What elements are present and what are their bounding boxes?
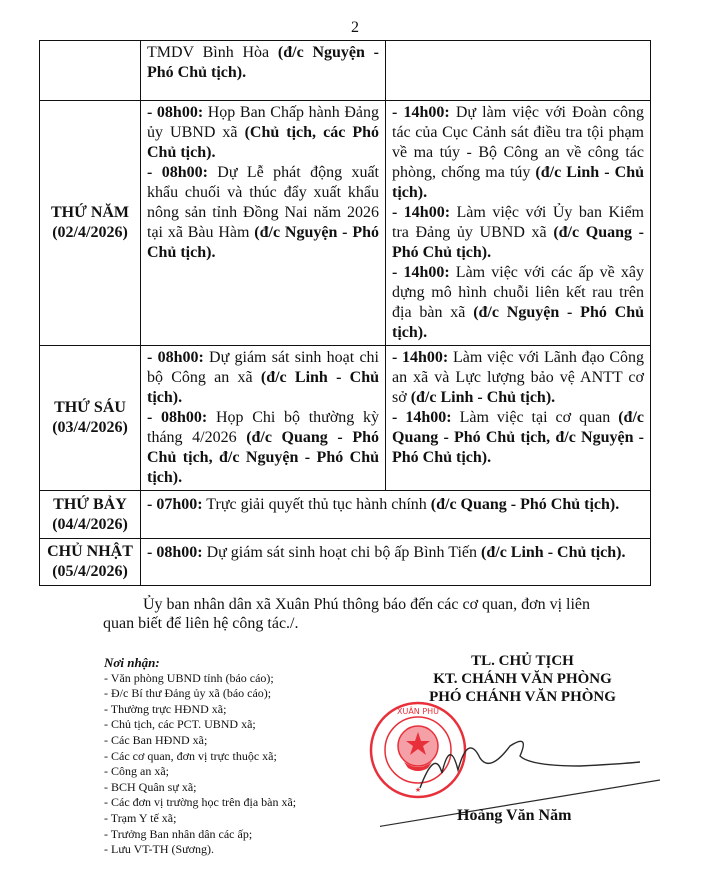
schedule-entry: - 14h00: Làm việc với Ủy ban Kiểm tra Đả… — [392, 203, 644, 263]
table-row: THỨ BẢY(04/4/2026)- 07h00: Trực giải quy… — [40, 491, 651, 539]
table-row: THỨ NĂM(02/4/2026)- 08h00: Họp Ban Chấp … — [40, 101, 651, 346]
recipient-item: - Trưởng Ban nhân dân các ấp; — [104, 827, 296, 843]
morning-cell: TMDV Bình Hòa (đ/c Nguyện - Phó Chủ tịch… — [141, 41, 386, 101]
morning-cell: - 08h00: Dự giám sát sinh hoạt chi bộ Cô… — [141, 346, 386, 491]
schedule-entry: - 14h00: Dự làm việc với Đoàn công tác c… — [392, 103, 644, 203]
signature-block: TL. CHỦ TỊCH KT. CHÁNH VĂN PHÒNG PHÓ CHÁ… — [395, 652, 650, 706]
table-row: TMDV Bình Hòa (đ/c Nguyện - Phó Chủ tịch… — [40, 41, 651, 101]
schedule-entry: - 08h00: Họp Ban Chấp hành Đảng ủy UBND … — [147, 103, 379, 163]
recipient-item: - Văn phòng UBND tỉnh (báo cáo); — [104, 671, 296, 687]
morning-cell: - 08h00: Họp Ban Chấp hành Đảng ủy UBND … — [141, 101, 386, 346]
signer-name: Hoàng Văn Năm — [457, 807, 571, 825]
afternoon-cell — [386, 41, 651, 101]
recipient-item: - BCH Quân sự xã; — [104, 780, 296, 796]
day-cell: CHỦ NHẬT(05/4/2026) — [40, 539, 141, 586]
day-cell: THỨ SÁU(03/4/2026) — [40, 346, 141, 491]
full-day-cell: - 07h00: Trực giải quyết thủ tục hành ch… — [141, 491, 651, 539]
sign-title-3: PHÓ CHÁNH VĂN PHÒNG — [395, 688, 650, 706]
afternoon-cell: - 14h00: Làm việc với Lãnh đạo Công an x… — [386, 346, 651, 491]
schedule-entry: - 08h00: Dự Lễ phát động xuất khẩu chuối… — [147, 163, 379, 263]
schedule-entry: - 08h00: Dự giám sát sinh hoạt chi bộ ấp… — [147, 543, 644, 563]
recipient-item: - Các cơ quan, đơn vị trực thuộc xã; — [104, 749, 296, 765]
recipient-item: - Chủ tịch, các PCT. UBND xã; — [104, 717, 296, 733]
schedule-entry: - 07h00: Trực giải quyết thủ tục hành ch… — [147, 495, 644, 515]
recipient-item: - Lưu VT-TH (Sương). — [104, 842, 296, 858]
sign-title-1: TL. CHỦ TỊCH — [395, 652, 650, 670]
notice-line-2: quan biết để liên hệ công tác./. — [103, 615, 298, 633]
recipient-item: - Các đơn vị trường học trên địa bàn xã; — [104, 795, 296, 811]
svg-text:XUÂN PHÚ: XUÂN PHÚ — [397, 705, 439, 716]
schedule-table: TMDV Bình Hòa (đ/c Nguyện - Phó Chủ tịch… — [39, 40, 651, 586]
page-number: 2 — [0, 19, 710, 37]
schedule-entry: - 08h00: Họp Chi bộ thường kỳ tháng 4/20… — [147, 408, 379, 488]
recipient-item: - Đ/c Bí thư Đảng ủy xã (báo cáo); — [104, 686, 296, 702]
sign-title-2: KT. CHÁNH VĂN PHÒNG — [395, 670, 650, 688]
schedule-entry: - 14h00: Làm việc với Lãnh đạo Công an x… — [392, 348, 644, 408]
notice-line-1: Ủy ban nhân dân xã Xuân Phú thông báo đế… — [103, 594, 643, 615]
schedule-entry: - 14h00: Làm việc tại cơ quan (đ/c Quang… — [392, 408, 644, 468]
recipients-title: Nơi nhận: — [104, 655, 296, 671]
day-cell: THỨ BẢY(04/4/2026) — [40, 491, 141, 539]
schedule-entry: TMDV Bình Hòa (đ/c Nguyện - Phó Chủ tịch… — [147, 43, 379, 83]
recipient-item: - Trạm Y tế xã; — [104, 811, 296, 827]
table-row: THỨ SÁU(03/4/2026)- 08h00: Dự giám sát s… — [40, 346, 651, 491]
recipient-item: - Thường trực HĐND xã; — [104, 702, 296, 718]
afternoon-cell: - 14h00: Dự làm việc với Đoàn công tác c… — [386, 101, 651, 346]
schedule-entry: - 14h00: Làm việc với các ấp về xây dựng… — [392, 263, 644, 343]
day-cell — [40, 41, 141, 101]
notice-paragraph: Ủy ban nhân dân xã Xuân Phú thông báo đế… — [103, 594, 643, 615]
day-cell: THỨ NĂM(02/4/2026) — [40, 101, 141, 346]
full-day-cell: - 08h00: Dự giám sát sinh hoạt chi bộ ấp… — [141, 539, 651, 586]
schedule-entry: - 08h00: Dự giám sát sinh hoạt chi bộ Cô… — [147, 348, 379, 408]
table-row: CHỦ NHẬT(05/4/2026)- 08h00: Dự giám sát … — [40, 539, 651, 586]
recipient-item: - Các Ban HĐND xã; — [104, 733, 296, 749]
recipient-item: - Công an xã; — [104, 764, 296, 780]
recipients-list: Nơi nhận: - Văn phòng UBND tỉnh (báo cáo… — [104, 655, 296, 858]
